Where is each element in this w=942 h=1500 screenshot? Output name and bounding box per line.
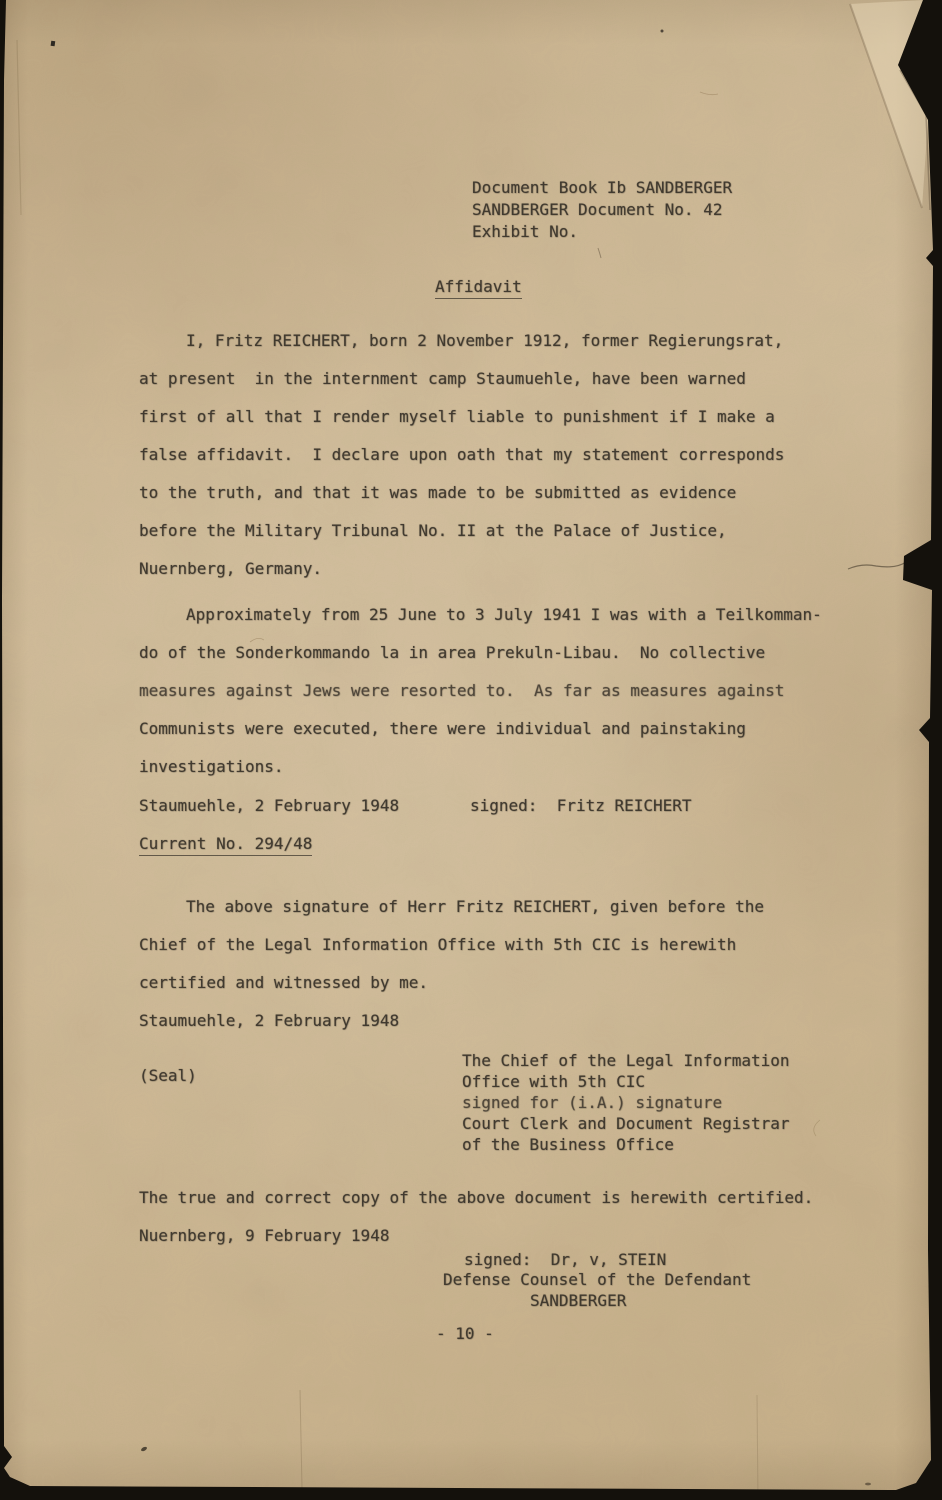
paper-fiber [700, 92, 718, 95]
stray-mark [598, 248, 601, 258]
certification-text-line: Chief of the Legal Information Office wi… [139, 935, 736, 955]
tear-crack-line [848, 559, 922, 569]
chief-block-line: of the Business Office [462, 1135, 674, 1155]
crease-line [300, 1390, 302, 1488]
header-line: Document Book Ib SANDBERGER [472, 178, 732, 198]
chief-block-line: Court Clerk and Document Registrar [462, 1114, 790, 1134]
signature-line: SANDBERGER [530, 1291, 626, 1311]
signature-line: signed: Fritz REICHERT [470, 796, 692, 816]
affidavit-text-line: before the Military Tribunal No. II at t… [139, 521, 727, 541]
copy-certification-line: The true and correct copy of the above d… [139, 1188, 813, 1208]
paper-fiber [814, 1120, 820, 1136]
signature-line: signed: Dr, v, STEIN [464, 1250, 666, 1270]
affidavit-text-line: I, Fritz REICHERT, born 2 November 1912,… [186, 331, 783, 351]
current-number-line: Current No. 294/48 [139, 834, 312, 856]
crease-line [17, 40, 21, 215]
header-line: Exhibit No. [472, 222, 578, 242]
corner-fold [850, 0, 928, 208]
affidavit-text-line: at present in the internment camp Staumu… [139, 369, 746, 389]
ink-speck [661, 30, 664, 33]
affidavit-text-line: false affidavit. I declare upon oath tha… [139, 445, 784, 465]
certification-text-line: The above signature of Herr Fritz REICHE… [186, 897, 764, 917]
affidavit-text-line: Approximately from 25 June to 3 July 194… [186, 605, 822, 625]
affidavit-text-line: Communists were executed, there were ind… [139, 719, 746, 739]
paper-fiber [250, 638, 264, 642]
affidavit-text-line: investigations. [139, 757, 284, 777]
affidavit-text-line: measures against Jews were resorted to. … [139, 681, 784, 701]
place-date-line: Staumuehle, 2 February 1948 [139, 1011, 399, 1031]
ink-speck [51, 41, 56, 47]
place-date-line: Staumuehle, 2 February 1948 [139, 796, 399, 816]
ink-speck [140, 1446, 147, 1452]
torn-edge-line [900, 70, 930, 210]
chief-block-line: The Chief of the Legal Information [462, 1051, 790, 1071]
signature-line: Defense Counsel of the Defendant [443, 1270, 751, 1290]
chief-block-line: Office with 5th CIC [462, 1072, 645, 1092]
document-title: Affidavit [435, 277, 522, 299]
affidavit-text-line: to the truth, and that it was made to be… [139, 483, 736, 503]
fold-crease-line [850, 4, 922, 208]
place-date-line: Nuernberg, 9 February 1948 [139, 1226, 389, 1246]
paper-sheet: Document Book Ib SANDBERGER SANDBERGER D… [0, 0, 942, 1500]
affidavit-text-line: Nuernberg, Germany. [139, 559, 322, 579]
header-line: SANDBERGER Document No. 42 [472, 200, 722, 220]
page-number: - 10 - [436, 1324, 494, 1344]
scanned-document-page: Document Book Ib SANDBERGER SANDBERGER D… [0, 0, 942, 1500]
chief-block-line: signed for (i.A.) signature [462, 1093, 722, 1113]
seal-label: (Seal) [139, 1066, 197, 1086]
certification-text-line: certified and witnessed by me. [139, 973, 428, 993]
ink-speck [865, 1483, 871, 1486]
affidavit-text-line: do of the Sonderkommando la in area Prek… [139, 643, 765, 663]
affidavit-text-line: first of all that I render myself liable… [139, 407, 775, 427]
crease-line [757, 1395, 758, 1500]
